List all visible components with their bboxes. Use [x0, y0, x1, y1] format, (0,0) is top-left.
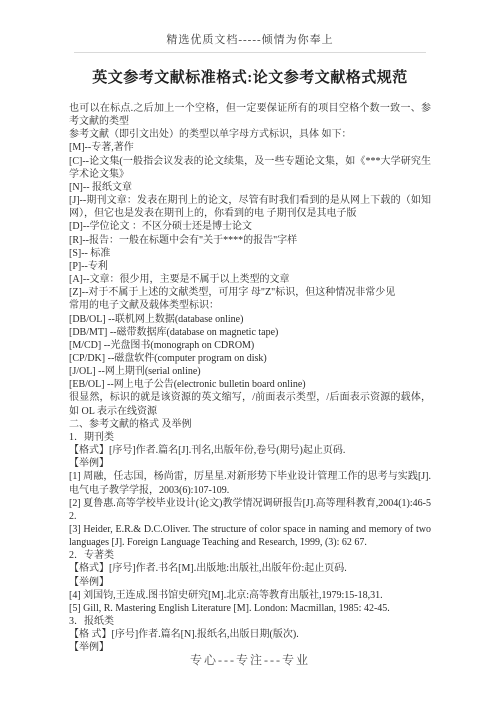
- body-paragraph: 也可以在标点.之后加上一个空格，但一定要保证所有的项目空格个数一致一、参考文献的…: [69, 102, 431, 128]
- body-paragraph: [5] Gill, R. Mastering English Literatur…: [69, 602, 431, 615]
- body-paragraph: [N]-- 报纸文章: [69, 181, 431, 194]
- body-paragraph: [EB/OL] --网上电子公告(electronic bulletin boa…: [69, 378, 431, 391]
- body-paragraph: [J]--期刊文章：发表在期刊上的论文，尽管有时我们看到的是从网上下载的（如知网…: [69, 194, 431, 220]
- body-paragraph: [C]--论文集(一般指会议发表的论文续集，及一些专题论文集，如《***大学研究…: [69, 155, 431, 181]
- body-paragraph: [S]-- 标准: [69, 247, 431, 260]
- body-paragraph: [2] 夏鲁惠.高等学校毕业设计(论文)教学情况调研报告[J].高等理科教育,2…: [69, 497, 431, 523]
- body-paragraph: [DB/MT] --磁带数据库(database on magnetic tap…: [69, 326, 431, 339]
- body-paragraph: [R]--报告：一般在标题中会有"关于****的报告"字样: [69, 234, 431, 247]
- header-divider: [74, 52, 426, 53]
- body-paragraph: 常用的电子文献及载体类型标识：: [69, 299, 431, 312]
- body-paragraph: 【举例】: [69, 576, 431, 589]
- body-paragraph: 【格 式】[序号]作者.篇名[N].报纸名,出版日期(版次).: [69, 628, 431, 641]
- body-paragraph: [CP/DK] --磁盘软件(computer program on disk): [69, 352, 431, 365]
- body-paragraph: [D]--学位论文 ：不区分硕士还是博士论文: [69, 220, 431, 233]
- document-body: 也可以在标点.之后加上一个空格，但一定要保证所有的项目空格个数一致一、参考文献的…: [69, 102, 431, 655]
- body-paragraph: 1．期刊类: [69, 431, 431, 444]
- page-header: 精选优质文档-----倾情为你奉上: [74, 0, 426, 48]
- body-paragraph: [1] 周融，任志国，杨尚雷，厉星星.对新形势下毕业设计管理工作的思考与实践[J…: [69, 470, 431, 496]
- body-paragraph: 【格式】[序号]作者.篇名[J].刊名,出版年份,卷号(期号)起止页码.: [69, 444, 431, 457]
- body-paragraph: 参考文献（即引文出处）的类型以单字母方式标识，具体 如下：: [69, 128, 431, 141]
- body-paragraph: 2．专著类: [69, 549, 431, 562]
- page-title: 英文参考文献标准格式:论文参考文献格式规范: [0, 66, 500, 87]
- header-slogan: 精选优质文档-----倾情为你奉上: [166, 31, 333, 47]
- body-paragraph: [J/OL] --网上期刊(serial online): [69, 365, 431, 378]
- body-paragraph: [P]--专利: [69, 260, 431, 273]
- body-paragraph: [3] Heider, E.R.& D.C.Oliver. The struct…: [69, 523, 431, 549]
- body-paragraph: [A]--文章：很少用，主要是不属于以上类型的文章: [69, 273, 431, 286]
- body-paragraph: 很显然，标识的就是该资源的英文缩写，/前面表示类型，/后面表示资源的载体，如 O…: [69, 391, 431, 417]
- page-footer: 专心---专注---专业: [0, 651, 500, 669]
- body-paragraph: 【格式】[序号]作者.书名[M].出版地:出版社,出版年份:起止页码.: [69, 562, 431, 575]
- body-paragraph: [4] 刘国钧,王连成.图书馆史研究[M].北京:高等教育出版社,1979:15…: [69, 589, 431, 602]
- body-paragraph: [Z]--对于不属于上述的文献类型，可用字 母"Z"标识，但这种情况非常少见: [69, 286, 431, 299]
- body-paragraph: [M/CD] --光盘图书(monograph on CDROM): [69, 339, 431, 352]
- body-paragraph: 3．报纸类: [69, 615, 431, 628]
- body-paragraph: [M]--专著,著作: [69, 141, 431, 154]
- document-page: 精选优质文档-----倾情为你奉上 英文参考文献标准格式:论文参考文献格式规范 …: [0, 0, 500, 708]
- body-paragraph: 二、参考文献的格式 及举例: [69, 418, 431, 431]
- footer-slogan: 专心---专注---专业: [190, 653, 310, 667]
- body-paragraph: [DB/OL] --联机网上数据(database online): [69, 313, 431, 326]
- body-paragraph: 【举例】: [69, 457, 431, 470]
